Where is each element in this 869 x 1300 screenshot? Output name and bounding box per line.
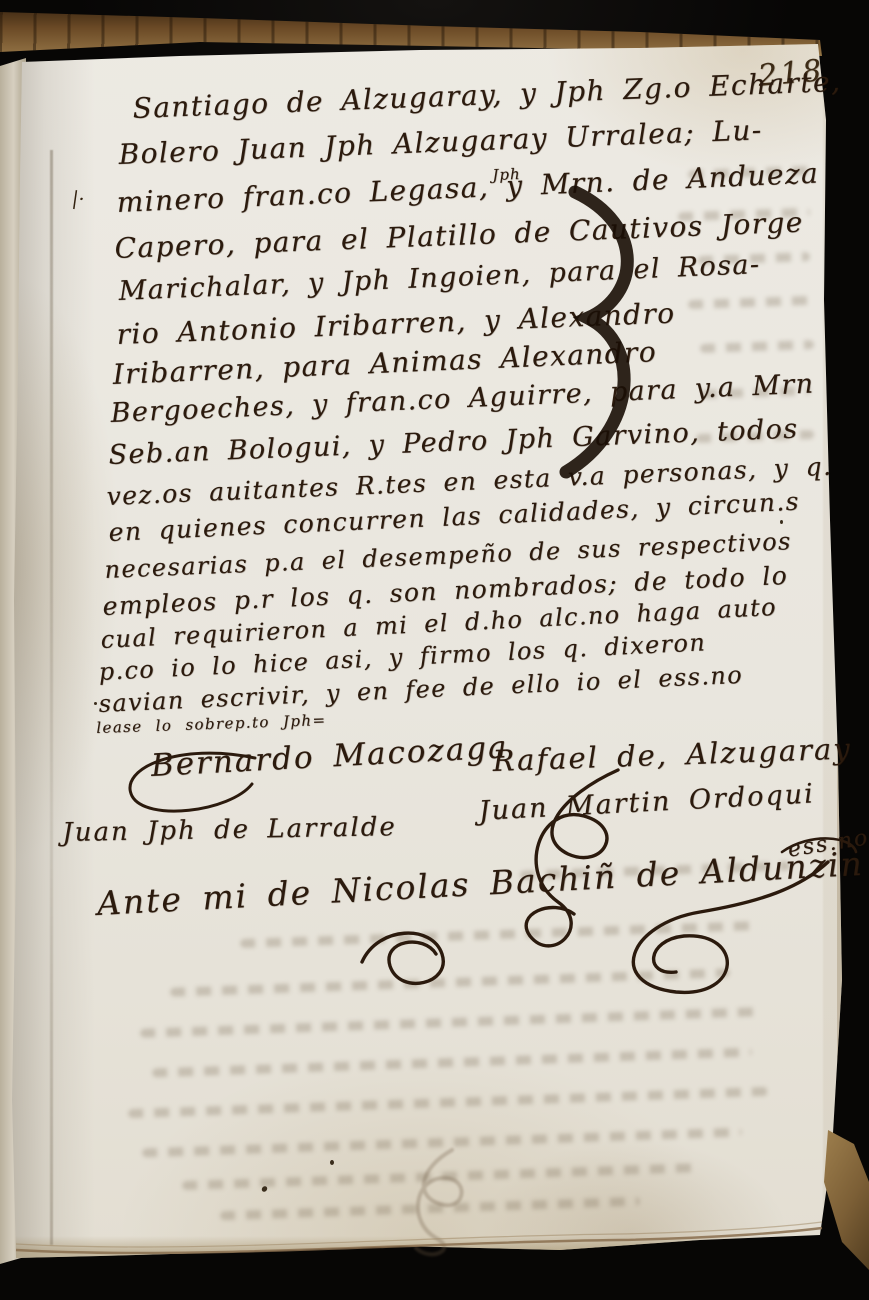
leather-tie (820, 1120, 869, 1280)
bleed-through-text (128, 1087, 768, 1118)
bleed-through-text (170, 968, 730, 997)
ink-speck (330, 1160, 334, 1165)
bleed-through-text (140, 1007, 760, 1038)
ink-speck (94, 702, 97, 705)
bleed-through-text (152, 1048, 752, 1078)
ink-speck (780, 520, 783, 524)
bleed-through-text (220, 1197, 640, 1221)
bleed-through-text (182, 1163, 702, 1190)
page-crease (50, 150, 53, 1245)
bleed-through-text (240, 921, 760, 948)
bleed-through-text (688, 296, 810, 309)
bleed-through-text (142, 1128, 742, 1158)
bleed-through-text (700, 340, 814, 353)
signature-larralde: Juan Jph de Larralde (62, 812, 397, 848)
